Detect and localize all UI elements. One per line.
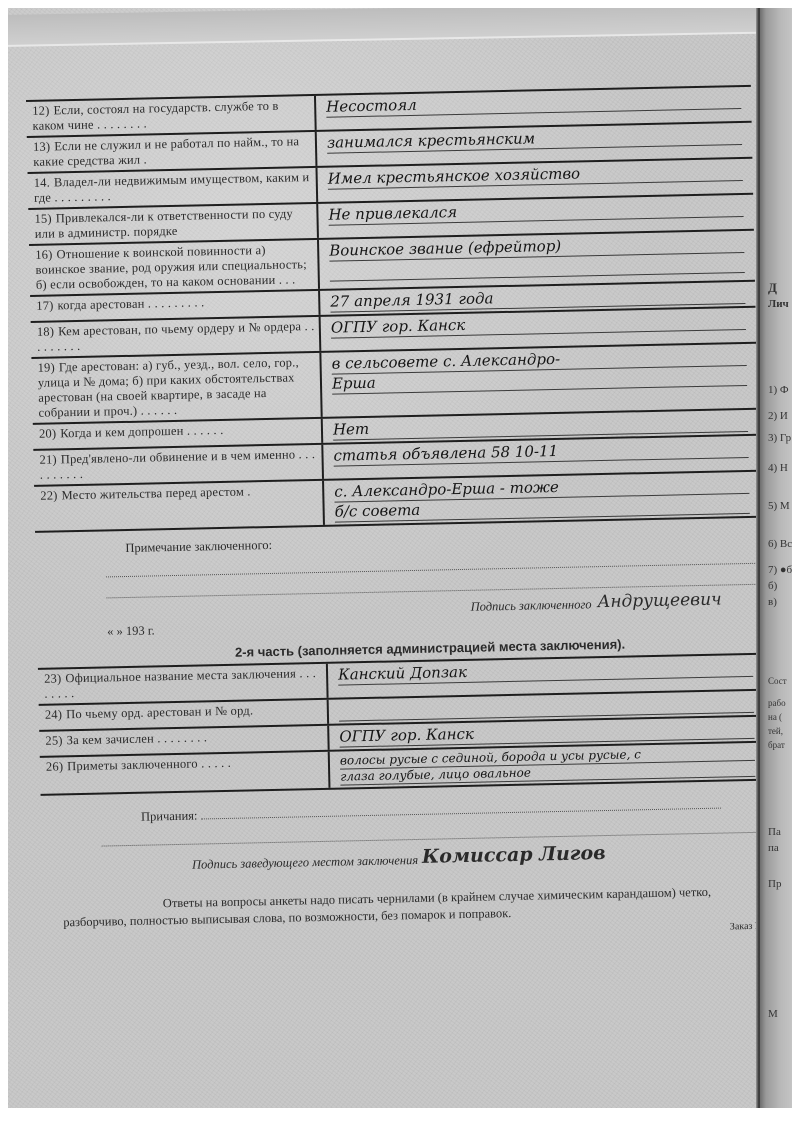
handwritten-answer: ОГПУ гор. Канск	[331, 310, 746, 339]
adjacent-fragment: 1) Ф	[768, 384, 789, 396]
answer-field: с. Александро-Ерша - тоже б/с совета	[324, 472, 760, 525]
item-number: 15)	[34, 211, 52, 225]
question-text: Отношение к воинской повинности а) воинс…	[35, 243, 307, 292]
head-signature-label: Подпись заведующего местом заключения	[192, 853, 418, 873]
adjacent-page-subheader: Лич	[768, 298, 789, 310]
adjacent-fragment: 6) Вс	[768, 538, 792, 550]
adjacent-page: Д Лич 1) Ф 2) И 3) Гр 4) Н 5) М 6) Вс 7)…	[760, 8, 792, 1108]
question-text: Кем арестован, по чьему ордеру и № ордер…	[37, 319, 315, 354]
adjacent-fragment: Па	[768, 826, 781, 838]
question-text: Пред'явлено-ли обвинение и в чем именно …	[40, 447, 316, 482]
adjacent-fragment: 3) Гр	[768, 432, 791, 444]
adjacent-fragment: М	[768, 1008, 778, 1020]
question-text: Официальное название места заключения . …	[44, 666, 316, 701]
adjacent-fragment: Пр	[768, 878, 781, 890]
prisoner-signature-label: Подпись заключенного	[470, 597, 591, 615]
question-text: Где арестован: а) губ., уезд., вол. село…	[38, 355, 299, 419]
item-number: 18)	[37, 324, 55, 338]
question-text: Приметы заключенного . . . . .	[67, 756, 231, 773]
adjacent-fragment: 2) И	[768, 410, 788, 422]
scanned-document: 12)Если, состоял на государств. службе т…	[8, 8, 792, 1108]
answer-field: в сельсовете с. Александро- Ерша	[321, 344, 757, 417]
page-top-edge	[8, 8, 792, 47]
item-number: 13)	[33, 140, 51, 154]
part2-table: 23)Официальное название места заключения…	[38, 653, 766, 796]
prisoner-signature: Андрущеевич	[597, 590, 722, 613]
item-number: 19)	[37, 360, 55, 374]
question-text: По чьему орд. арестован и № орд.	[66, 703, 253, 721]
handwritten-answer: занимался крестьянским	[327, 125, 742, 154]
adjacent-fragment: рабо	[768, 698, 786, 708]
adjacent-fragment: б)	[768, 580, 777, 592]
item-number: 17)	[36, 298, 54, 312]
adjacent-fragment: брат	[768, 740, 785, 750]
item-number: 24)	[45, 707, 63, 721]
handwritten-answer: Не привлекался	[328, 197, 743, 226]
adjacent-fragment: 4) Н	[768, 462, 788, 474]
item-number: 22)	[40, 488, 58, 502]
adjacent-fragment: в)	[768, 596, 777, 608]
item-number: 14.	[34, 176, 51, 190]
handwritten-answer: Несостоял	[326, 89, 741, 118]
item-number: 23)	[44, 671, 62, 685]
adjacent-fragment: Сост	[768, 676, 787, 686]
question-text: Владел-ли недвижимым имуществом, каким и…	[34, 170, 310, 205]
handwritten-answer: Канский Допзак	[338, 657, 753, 686]
question-text: Место жительства перед арестом .	[61, 484, 250, 502]
adjacent-page-header: Д	[768, 280, 777, 296]
reasons-label: Причания:	[141, 809, 198, 824]
question-text: Если не служил и не работал по найм., то…	[33, 134, 299, 169]
item-number: 12)	[32, 104, 50, 118]
part1-table: 12)Если, состоял на государств. службе т…	[26, 85, 760, 533]
questionnaire-form: 12)Если, состоял на государств. службе т…	[26, 85, 769, 947]
item-number: 20)	[39, 426, 57, 440]
item-number: 16)	[35, 247, 53, 261]
handwritten-answer: статья объявлена 58 10-11	[333, 438, 748, 467]
answer-field: Воинское звание (ефрейтор)	[319, 231, 755, 289]
question-text: За кем зачислен . . . . . . . .	[67, 730, 208, 747]
item-number: 21)	[39, 452, 57, 466]
adjacent-fragment: па	[768, 842, 779, 854]
head-signature: Комиссар Лигов	[422, 842, 606, 868]
handwritten-answer: Имел крестьянское хозяйство	[328, 161, 743, 190]
adjacent-fragment: тей,	[768, 726, 783, 736]
question-text: Когда и кем допрошен . . . . . .	[60, 423, 223, 440]
question-text: Если, состоял на государств. службе то в…	[32, 99, 278, 133]
item-number: 26)	[46, 759, 64, 773]
question-text: когда арестован . . . . . . . . .	[57, 295, 204, 312]
adjacent-fragment: на (	[768, 712, 782, 722]
question-text: Привлекался-ли к ответственности по суду…	[35, 206, 293, 240]
adjacent-fragment: 5) М	[768, 500, 790, 512]
item-number: 25)	[45, 733, 63, 747]
adjacent-fragment: 7) ●б	[768, 564, 792, 576]
